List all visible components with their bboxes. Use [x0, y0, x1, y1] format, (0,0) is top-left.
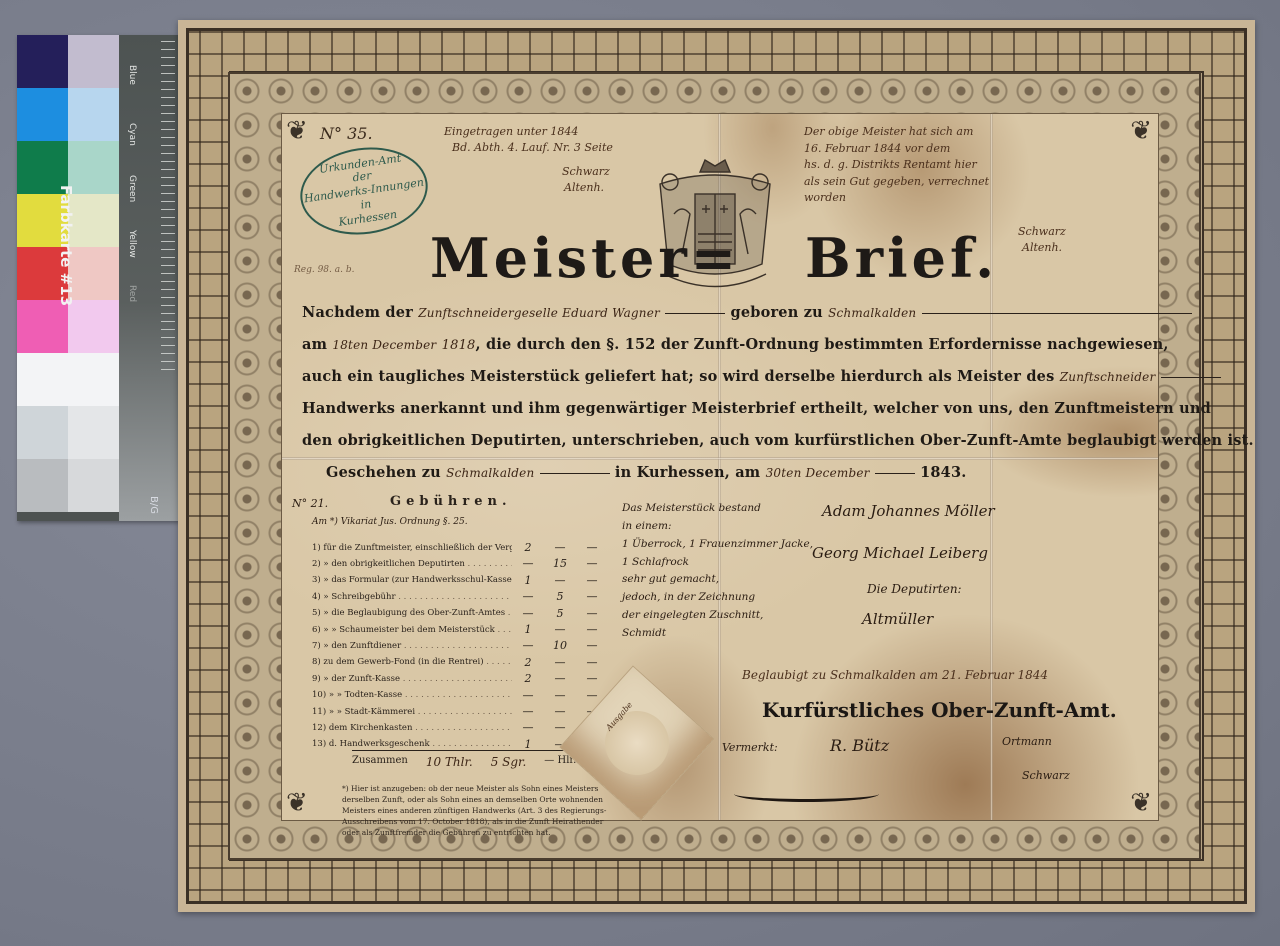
- corner-ornament-icon: ❦: [286, 118, 308, 144]
- fee-thlr: 2: [512, 672, 544, 685]
- swatch-row: [17, 300, 119, 353]
- fee-sgr: —: [544, 705, 576, 718]
- issue-year: 1843.: [920, 464, 966, 481]
- registration-signature: Schwarz: [562, 164, 610, 181]
- fee-row: 11) » » Stadt-Kämmerei———: [312, 704, 612, 719]
- fee-hlr: —: [576, 639, 608, 652]
- bottom-signature-label: Vermerkt:: [722, 740, 778, 757]
- fee-label: 4) » Schreibgebühr: [312, 592, 512, 602]
- text: , die durch den §. 152 der Zunft-Ordnung…: [476, 336, 1169, 353]
- fee-row: 7) » den Zunftdiener—10—: [312, 638, 612, 653]
- fee-row: 1) für die Zunftmeister, einschließlich …: [312, 540, 612, 555]
- fee-thlr: 1: [512, 574, 544, 587]
- signature-flourish: [734, 786, 879, 802]
- issue-date-field: 30ten December: [766, 466, 870, 480]
- body-line-6: Geschehen zu Schmalkalden in Kurhessen, …: [326, 464, 1176, 481]
- note-line: sehr gut gemacht,: [622, 571, 813, 589]
- blank-line: [922, 313, 1192, 314]
- note-line: 16. Februar 1844 vor dem: [804, 141, 989, 158]
- fee-hlr: —: [576, 541, 608, 554]
- measurement-ruler: [119, 35, 179, 521]
- birthplace-field: Schmalkalden: [828, 306, 916, 320]
- birth-date-field: 18ten December: [332, 338, 436, 352]
- color-swatch: [17, 35, 68, 88]
- fee-hlr: —: [576, 623, 608, 636]
- text: auch ein taugliches Meisterstück geliefe…: [302, 368, 1054, 385]
- blank-line: [665, 313, 725, 314]
- bottom-signature-1: R. Bütz: [830, 734, 889, 758]
- note-line: 1 Schlafrock: [622, 554, 813, 572]
- fee-label: 7) » den Zunftdiener: [312, 641, 512, 651]
- fee-row: 5) » die Beglaubigung des Ober-Zunft-Amt…: [312, 606, 612, 621]
- color-swatch: [17, 406, 68, 459]
- registration-signature: Altenh.: [564, 180, 604, 197]
- fee-label: 5) » die Beglaubigung des Ober-Zunft-Amt…: [312, 608, 512, 618]
- note-line: worden: [804, 190, 989, 207]
- fee-row: 3) » das Formular (zur Handwerksschul-Ka…: [312, 573, 612, 588]
- ruler-ticks: [161, 41, 175, 371]
- fees-footnote: *) Hier ist anzugeben: ob der neue Meist…: [342, 784, 612, 838]
- body-line-5: den obrigkeitlichen Deputirten, untersch…: [302, 432, 1152, 449]
- swatch-label-green: Green: [127, 175, 137, 202]
- birth-year-field: 1818: [442, 338, 476, 353]
- fee-sgr: —: [544, 574, 576, 587]
- fold-line: [282, 457, 1158, 460]
- note-line: in einem:: [622, 518, 813, 536]
- note-line: Der obige Meister hat sich am: [804, 124, 989, 141]
- office-name: Kurfürstliches Ober-Zunft-Amt.: [762, 698, 1117, 722]
- trade-field: Zunftschneider: [1060, 370, 1156, 384]
- office-stamp: Urkunden-Amt der Handwerks-Innungen in K…: [295, 140, 434, 243]
- text: geboren zu: [730, 304, 822, 321]
- note-line: hs. d. g. Distrikts Rentamt hier: [804, 157, 989, 174]
- fee-sgr: —: [544, 689, 576, 702]
- body-line-1: Nachdem der Zunftschneidergeselle Eduard…: [302, 304, 1152, 321]
- fee-row: 8) zu dem Gewerb-Fond (in die Rentrei)2—…: [312, 655, 612, 670]
- registration-note: Eingetragen unter 1844: [444, 124, 578, 141]
- fee-thlr: 2: [512, 541, 544, 554]
- swatch-row: [17, 459, 119, 512]
- color-swatch: [68, 88, 119, 141]
- swatch-label-cyan: Cyan: [127, 123, 137, 146]
- serial-number: N° 35.: [320, 124, 373, 143]
- text: in Kurhessen, am: [615, 464, 760, 481]
- fees-note: Am *) Vikariat Jus. Ordnung §. 25.: [312, 516, 468, 530]
- fee-thlr: —: [512, 721, 544, 734]
- fee-thlr: —: [512, 639, 544, 652]
- registration-note-2: Bd. Abth. 4. Lauf. Nr. 3 Seite: [452, 140, 613, 157]
- color-calibration-chart: Farbkarte #13 Blue Cyan Green Yellow Red…: [17, 35, 179, 521]
- fee-label: 13) d. Handwerksgeschenk: [312, 739, 512, 749]
- fee-thlr: —: [512, 607, 544, 620]
- fee-label: 3) » das Formular (zur Handwerksschul-Ka…: [312, 575, 512, 585]
- swatch-label-blue: Blue: [127, 65, 137, 85]
- fee-row: 9) » der Zunft-Kasse2——: [312, 671, 612, 686]
- color-swatch: [68, 247, 119, 300]
- fee-thlr: —: [512, 557, 544, 570]
- fee-row: 6) » » Schaumeister bei dem Meisterstück…: [312, 622, 612, 637]
- color-swatch: [68, 406, 119, 459]
- payment-note: Der obige Meister hat sich am16. Februar…: [804, 124, 989, 207]
- fees-reference: N° 21.: [292, 496, 328, 513]
- color-swatch: [17, 300, 68, 353]
- note-line: der eingelegten Zuschnitt,: [622, 607, 813, 625]
- fee-sgr: 5: [544, 590, 576, 603]
- swatch-row: [17, 88, 119, 141]
- fee-label: 1) für die Zunftmeister, einschließlich …: [312, 543, 512, 553]
- color-swatch: [17, 459, 68, 512]
- fee-label: 2) » den obrigkeitlichen Deputirten: [312, 559, 512, 569]
- note-line: jedoch, in der Zeichnung: [622, 589, 813, 607]
- fees-title: Gebühren.: [390, 494, 511, 509]
- color-swatch: [17, 88, 68, 141]
- body-line-4: Handwerks anerkannt und ihm gegenwärtige…: [302, 400, 1152, 417]
- fee-label: 11) » » Stadt-Kämmerei: [312, 707, 512, 717]
- swatch-label-yellow: Yellow: [127, 230, 137, 258]
- note-line: Schmidt: [622, 625, 813, 643]
- note-line: 1 Überrock, 1 Frauenzimmer Jacke,: [622, 536, 813, 554]
- fee-label: 8) zu dem Gewerb-Fond (in die Rentrei): [312, 657, 512, 667]
- fee-sgr: —: [544, 656, 576, 669]
- color-swatch: [68, 300, 119, 353]
- meisterbrief-certificate: ❦ ❦ ❦ ❦ N° 35. Urkunden-Amt der Handwerk…: [178, 20, 1255, 912]
- seal-icon: [592, 698, 682, 788]
- fee-row: 2) » den obrigkeitlichen Deputirten—15—: [312, 556, 612, 571]
- fee-hlr: —: [576, 656, 608, 669]
- color-swatch: [68, 35, 119, 88]
- total-thlr: 10 Thlr.: [426, 755, 473, 769]
- color-swatch: [68, 141, 119, 194]
- color-swatch: [17, 353, 68, 406]
- fee-thlr: 2: [512, 656, 544, 669]
- fee-sgr: —: [544, 672, 576, 685]
- fee-thlr: 1: [512, 738, 544, 751]
- fee-hlr: —: [576, 607, 608, 620]
- swatch-row: [17, 406, 119, 459]
- fee-sgr: 15: [544, 557, 576, 570]
- fee-row: 10) » » Todten-Kasse———: [312, 688, 612, 703]
- color-chart-title: Farbkarte #13: [57, 185, 75, 306]
- blank-line: [875, 473, 915, 474]
- fee-hlr: —: [576, 574, 608, 587]
- note-line: als sein Gut gegeben, verrechnet: [804, 174, 989, 191]
- fee-thlr: 1: [512, 623, 544, 636]
- corner-ornament-icon: ❦: [1130, 790, 1152, 816]
- note-line: Das Meisterstück bestand: [622, 500, 813, 518]
- certificate-panel: ❦ ❦ ❦ ❦ N° 35. Urkunden-Amt der Handwerk…: [281, 113, 1159, 821]
- fee-label: 6) » » Schaumeister bei dem Meisterstück: [312, 625, 512, 635]
- corner-ornament-icon: ❦: [286, 790, 308, 816]
- total-label: Zusammen: [352, 755, 408, 769]
- masterpiece-notes: Das Meisterstück bestandin einem:1 Überr…: [622, 500, 813, 643]
- master-name-field: Zunftschneidergeselle Eduard Wagner: [418, 306, 660, 320]
- color-swatch: [68, 353, 119, 406]
- fee-sgr: —: [544, 623, 576, 636]
- fee-hlr: —: [576, 557, 608, 570]
- fee-sgr: 5: [544, 607, 576, 620]
- blank-line: [540, 473, 610, 474]
- fee-thlr: —: [512, 590, 544, 603]
- swatch-row: [17, 353, 119, 406]
- fee-thlr: —: [512, 689, 544, 702]
- fee-label: 10) » » Todten-Kasse: [312, 690, 512, 700]
- fee-row: 4) » Schreibgebühr—5—: [312, 589, 612, 604]
- swatch-label-red: Red: [127, 285, 137, 302]
- color-swatch: [68, 459, 119, 512]
- fee-label: 9) » der Zunft-Kasse: [312, 674, 512, 684]
- swatch-row: [17, 35, 119, 88]
- title-meister: Meister=: [430, 226, 740, 290]
- color-swatch: [68, 194, 119, 247]
- fee-row: 12) dem Kirchenkasten———: [312, 720, 612, 735]
- issue-place-field: Schmalkalden: [446, 466, 534, 480]
- fee-hlr: —: [576, 590, 608, 603]
- signature-master-2: Georg Michael Leiberg: [812, 542, 988, 565]
- stamp-line: Kurhessen: [338, 207, 398, 229]
- signature-deputy: Altmüller: [862, 608, 933, 631]
- bottom-signature-3: Schwarz: [1022, 768, 1070, 785]
- bottom-signature-2: Ortmann: [1002, 734, 1052, 751]
- certification-date: Beglaubigt zu Schmalkalden am 21. Februa…: [742, 666, 1048, 684]
- total-sgr: 5 Sgr.: [491, 755, 527, 769]
- text: Nachdem der: [302, 304, 413, 321]
- text: am: [302, 336, 327, 353]
- fee-sgr: 10: [544, 639, 576, 652]
- corner-ornament-icon: ❦: [1130, 118, 1152, 144]
- payment-signature: Altenh.: [1022, 240, 1062, 257]
- body-line-3: auch ein taugliches Meisterstück geliefe…: [302, 368, 1152, 385]
- fee-hlr: —: [576, 672, 608, 685]
- body-line-2: am 18ten December 1818, die durch den §.…: [302, 336, 1152, 353]
- blank-line: [1161, 377, 1221, 378]
- registry-mark: Reg. 98. a. b.: [294, 264, 354, 278]
- fee-thlr: —: [512, 705, 544, 718]
- deputies-label: Die Deputirten:: [867, 580, 962, 598]
- fee-label: 12) dem Kirchenkasten: [312, 723, 512, 733]
- title-brief: Brief.: [805, 226, 998, 290]
- fee-sgr: —: [544, 541, 576, 554]
- swatch-label-bg: B/G: [148, 496, 159, 514]
- signature-master-1: Adam Johannes Möller: [822, 500, 995, 523]
- text: Geschehen zu: [326, 464, 441, 481]
- payment-signature: Schwarz: [1018, 224, 1066, 241]
